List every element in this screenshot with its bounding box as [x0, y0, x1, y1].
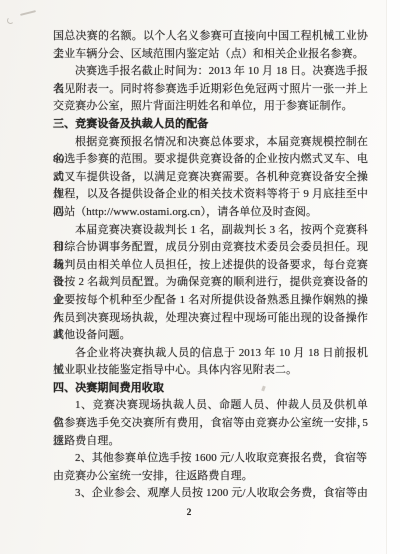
text-line: 工业职业技能鉴定指导中心。具体内容见附表二。: [53, 362, 368, 380]
text-line: 各企业将决赛执裁人员的信息于 2013 年 10 月 18 日前报机械: [53, 345, 368, 363]
text-line: 裁判员由相关单位人员担任，按上述提供的设备要求，每台竞赛设: [53, 257, 368, 275]
text-line: 工业车辆分会、区域范围内鉴定站（点）和相关企业报名参赛。: [53, 46, 368, 64]
text-line: 本届竞赛决赛设裁判长 1 名，副裁判长 3 名，按两个竞赛科目: [53, 222, 368, 240]
text-line: 规程，以及各提供设备企业的相关技术资料等将于 9 月底挂至中心: [53, 186, 368, 204]
scan-edge: [386, 0, 400, 554]
text-line: 2、其他参赛单位选手按 1600 元/人收取竞赛报名费，食宿等: [53, 450, 368, 468]
text-line: 名参赛选手免交决赛所有费用，食宿等由竞赛办公室统一安排，往: [53, 415, 368, 433]
text-line-url: 网站（http://www.ostami.org.cn），请各单位及时查阅。: [53, 204, 368, 222]
text-line: 表见附表一。同时将参赛选手近期彩色免冠两寸照片一张一并上: [53, 81, 368, 99]
section-heading-4: 四、决赛期间费用收取: [53, 380, 368, 398]
text-line: 1、竞赛决赛现场执裁人员、命题人员、仲裁人员及供机单位 5: [53, 397, 368, 415]
text-line: 其他设备问题。: [53, 327, 368, 345]
text-line: 名选手参赛的范围。要求提供竞赛设备的企业按内燃式叉车、电动: [53, 151, 368, 169]
text-line: 备按 2 名裁判员配置。为确保竞赛的顺利进行，提供竞赛设备的企: [53, 274, 368, 292]
text-line: 国总决赛的名额。以个人名义参赛可直接向中国工程机械工业协会: [53, 28, 368, 46]
text-line: 由竞赛办公室统一安排，往返路费自理。: [53, 468, 368, 486]
section-heading-3: 三、竞赛设备及执裁人员的配备: [53, 116, 368, 134]
text-line: 返路费自理。: [53, 433, 368, 451]
text-line: 人员到决赛现场执裁，处理决赛过程中现场可能出现的设备操作或: [53, 310, 368, 328]
text-line: 根据竞赛预报名情况和决赛总体要求，本届竞赛规模控制在 80: [53, 134, 368, 152]
scan-smudge: [20, 10, 36, 16]
document-body: 国总决赛的名额。以个人名义参赛可直接向中国工程机械工业协会 工业车辆分会、区域范…: [53, 28, 368, 503]
text-line: 决赛选手报名截止时间为：2013 年 10 月 18 日。决赛选手报名: [53, 63, 368, 81]
text-line: 交竞赛办公室，照片背面注明姓名和单位，用于参赛证制作。: [53, 98, 368, 116]
text-line: 和综合协调事务配置，成员分别由竞赛技术委员会委员担任。现场: [53, 239, 368, 257]
text-line: 式叉车提供设备，以满足竞赛决赛需要。各机种竞赛设备安全操作: [53, 169, 368, 187]
text-line: 3、企业参会、观摩人员按 1200 元/人收取会务费，食宿等由: [53, 485, 368, 503]
scan-smudge: [7, 17, 14, 24]
page-number: 2: [0, 508, 378, 518]
text-line: 业要按每个机种至少配备 1 名对所提供设备熟悉且操作娴熟的操作: [53, 292, 368, 310]
scanned-page: 国总决赛的名额。以个人名义参赛可直接向中国工程机械工业协会 工业车辆分会、区域范…: [0, 0, 400, 554]
